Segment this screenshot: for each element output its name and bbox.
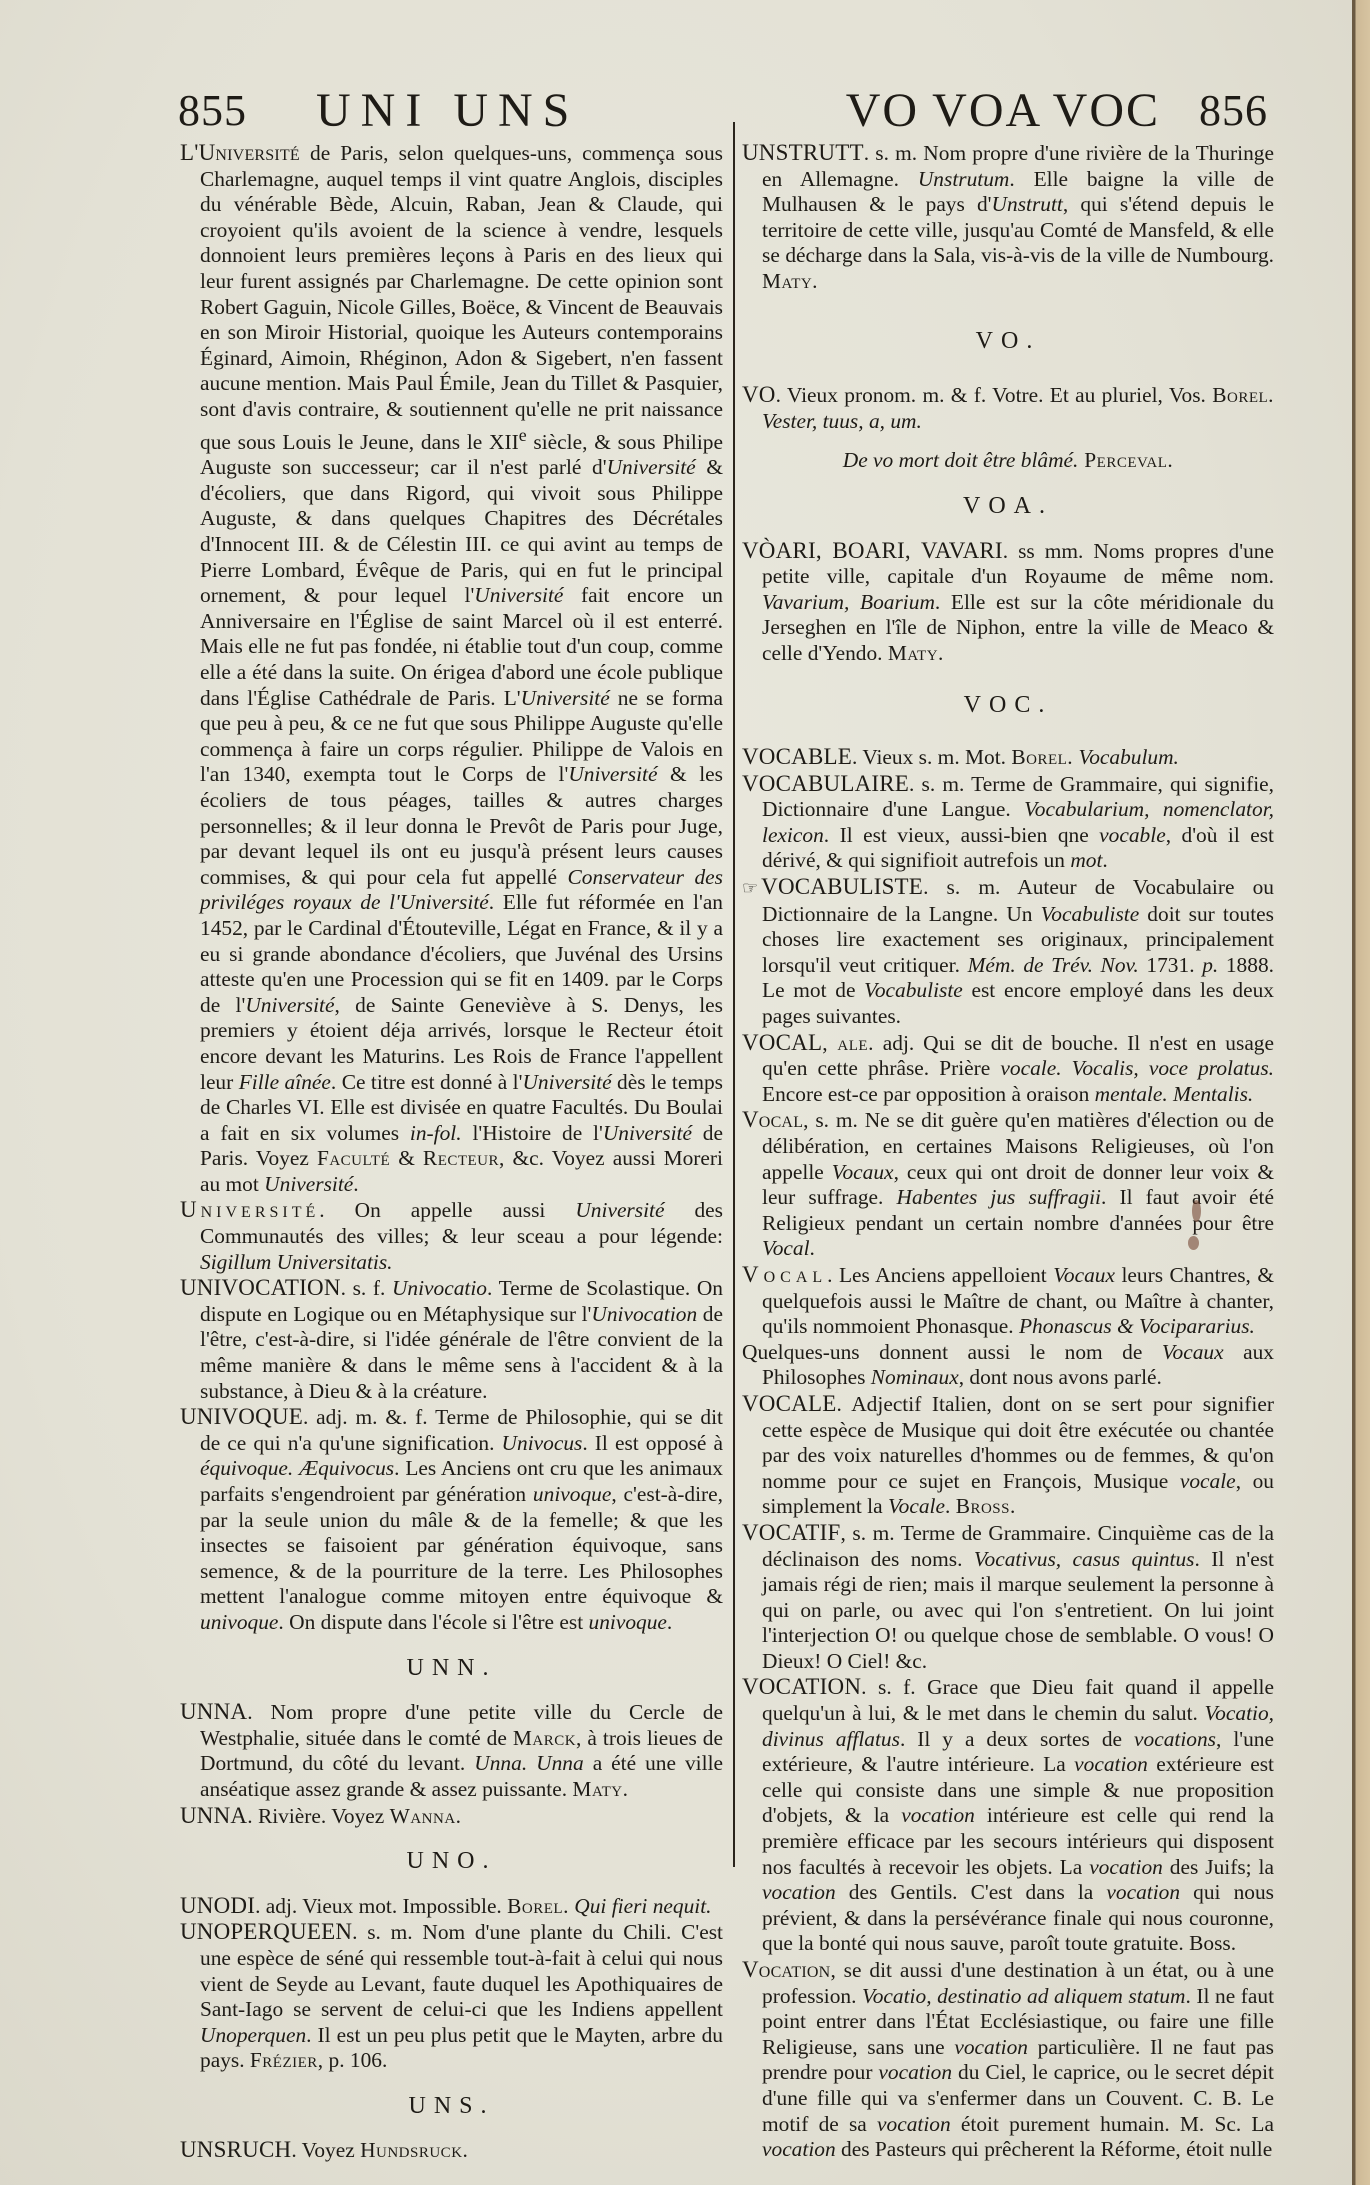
section-heading-vo: VO. [742, 329, 1274, 355]
headword: VOCALE [742, 1391, 836, 1416]
entry-unstrutt: UNSTRUTT. s. m. Nom propre d'une rivière… [742, 140, 1274, 295]
headword: VOCABLE [742, 744, 852, 769]
entry-vocabuliste: ☞VOCABULISTE. s. m. Auteur de Vocabulair… [742, 874, 1274, 1030]
entry-vocale: VOCALE. Adjectif Italien, dont on se ser… [742, 1391, 1274, 1520]
entry-vocable: VOCABLE. Vieux s. m. Mot. Borel. Vocabul… [742, 744, 1274, 771]
section-heading-uno: UNO. [180, 1849, 723, 1875]
running-header: 855 UNI UNS VO VOA VOC 856 [178, 84, 1268, 138]
headword: VOCABULISTE [761, 874, 923, 899]
guide-words-right: VO VOA VOC [846, 84, 1160, 138]
entry-unsruch: UNSRUCH. Voyez Hundsruck. [180, 2137, 723, 2164]
book-page: 855 UNI UNS VO VOA VOC 856 L'Université … [0, 0, 1356, 2185]
column-divider [733, 122, 735, 1867]
entry-vocabulaire: VOCABULAIRE. s. m. Terme de Grammaire, q… [742, 771, 1274, 874]
page-edge [1352, 0, 1370, 2185]
headword: VO [742, 382, 776, 407]
page-number-right: 856 [1199, 84, 1268, 138]
headword: VOCABULAIRE [742, 771, 909, 796]
headword: VÒARI, BOARI, VAVARI [742, 538, 1003, 563]
entry-vocal-anciens: Vocal. Les Anciens appelloient Vocaux le… [742, 1262, 1274, 1340]
entry-unna-ville: UNNA. Nom propre d'une petite ville du C… [180, 1699, 723, 1802]
entry-unna-riviere: UNNA. Rivière. Voyez Wanna. [180, 1803, 723, 1830]
headword: VOCATION [742, 1674, 861, 1699]
entry-vocatif: VOCATIF, s. m. Terme de Grammaire. Cinqu… [742, 1520, 1274, 1675]
headword: UNIVOQUE [180, 1404, 303, 1429]
headword: Vocation [742, 1957, 830, 1982]
pointing-hand-icon: ☞ [742, 878, 758, 898]
headword: L'Université [180, 140, 300, 165]
headword: UNSRUCH [180, 2137, 291, 2162]
ink-stain [1192, 1200, 1201, 1222]
headword: Université [180, 1197, 319, 1222]
headword: VOCAL [742, 1030, 822, 1055]
ink-stain [1188, 1236, 1199, 1250]
entry-vocation: VOCATION. s. f. Grace que Dieu fait quan… [742, 1674, 1274, 1957]
right-column: UNSTRUTT. s. m. Nom propre d'une rivière… [742, 140, 1274, 2163]
entry-voari: VÒARI, BOARI, VAVARI. ss mm. Noms propre… [742, 538, 1274, 667]
page-number-left: 855 [178, 84, 247, 138]
headword: Vocal [742, 1262, 827, 1287]
section-heading-unn: UNN. [180, 1656, 723, 1682]
headword: UNIVOCATION [180, 1275, 341, 1300]
quotation: De vo mort doit être blâmé. Perceval. [742, 448, 1274, 474]
headword: VOCATIF [742, 1520, 841, 1545]
entry-univoque: UNIVOQUE. adj. m. &. f. Terme de Philoso… [180, 1404, 723, 1635]
entry-univocation: UNIVOCATION. s. f. Univocatio. Terme de … [180, 1275, 723, 1404]
entry-vocal-philosophes: Quelques-uns donnent aussi le nom de Voc… [742, 1340, 1274, 1391]
headword: UNOPERQUEEN [180, 1919, 352, 1944]
entry-vocation-destination: Vocation, se dit aussi d'une destination… [742, 1957, 1274, 2163]
entry-unoperqueen: UNOPERQUEEN. s. m. Nom d'une plante du C… [180, 1919, 723, 2074]
entry-vo: VO. Vieux pronom. m. & f. Votre. Et au p… [742, 382, 1274, 434]
left-column: L'Université de Paris, selon quelques-un… [180, 140, 723, 2164]
entry-vocal-adj: VOCAL, ale. adj. Qui se dit de bouche. I… [742, 1030, 1274, 1108]
entry-unodi: UNODI. adj. Vieux mot. Impossible. Borel… [180, 1893, 723, 1920]
headword: UNNA [180, 1699, 247, 1724]
section-heading-uns: UNS. [180, 2094, 723, 2120]
headword: UNSTRUTT [742, 140, 864, 165]
headword: Vocal [742, 1107, 803, 1132]
section-heading-voc: VOC. [742, 693, 1274, 719]
headword: UNNA [180, 1803, 247, 1828]
entry-universite-paris: L'Université de Paris, selon quelques-un… [180, 140, 723, 1197]
section-heading-voa: VOA. [742, 494, 1274, 520]
guide-words-left: UNI UNS [316, 84, 579, 138]
headword: UNODI [180, 1893, 255, 1918]
entry-universite-communautes: Université. On appelle aussi Université … [180, 1197, 723, 1275]
